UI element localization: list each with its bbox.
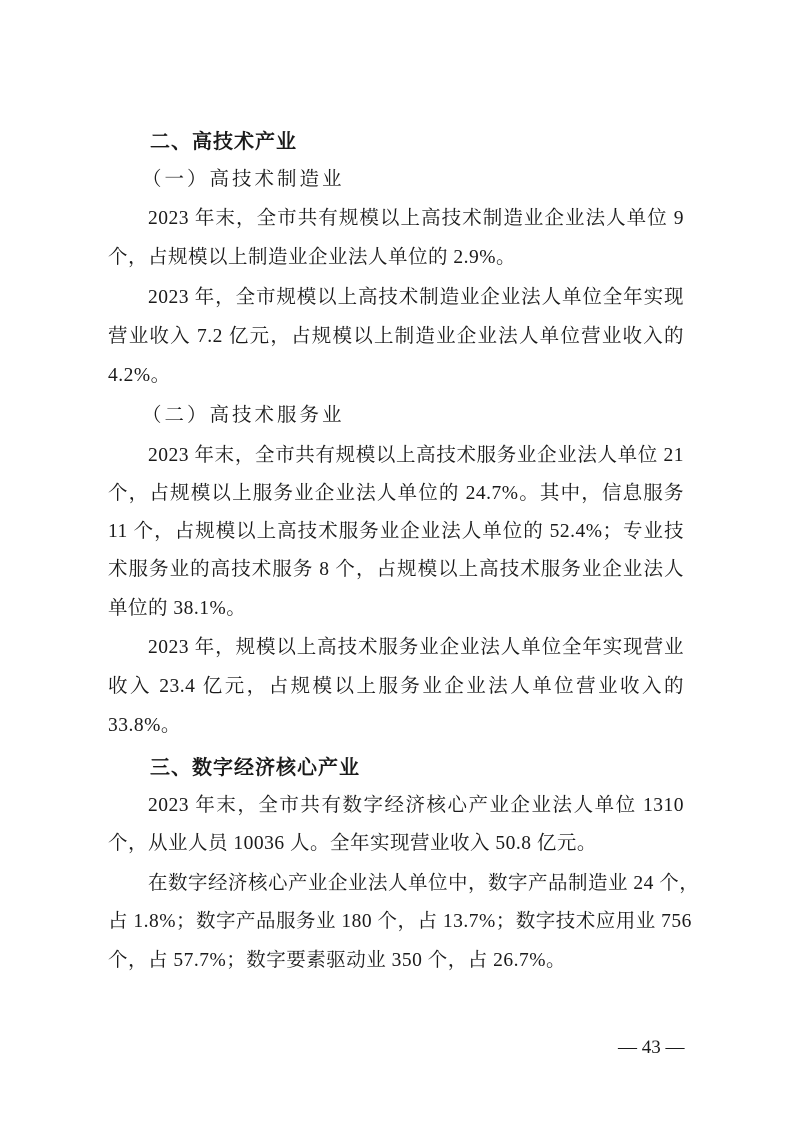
paragraph-line: 2023 年，规模以上高技术服务业企业法人单位全年实现营业 bbox=[148, 633, 684, 663]
section-heading-digital-economy: 三、数字经济核心产业 bbox=[150, 752, 360, 782]
paragraph-line: 4.2%。 bbox=[108, 361, 684, 391]
paragraph-line: 在数字经济核心产业企业法人单位中，数字产品制造业 24 个， bbox=[148, 869, 684, 899]
paragraph-line: 2023 年，全市规模以上高技术制造业企业法人单位全年实现 bbox=[148, 283, 684, 313]
paragraph-line: 个，占 57.7%；数字要素驱动业 350 个，占 26.7%。 bbox=[108, 946, 684, 976]
paragraph-line: 33.8%。 bbox=[108, 711, 684, 741]
paragraph-line: 2023 年末，全市共有规模以上高技术服务业企业法人单位 21 bbox=[148, 441, 684, 471]
paragraph-line: 收入 23.4 亿元，占规模以上服务业企业法人单位营业收入的 bbox=[108, 672, 684, 702]
document-page: 二、高技术产业 （一）高技术制造业 2023 年末，全市共有规模以上高技术制造业… bbox=[0, 0, 793, 1122]
subsection-heading-high-tech-manufacturing: （一）高技术制造业 bbox=[142, 165, 345, 195]
subsection-heading-high-tech-services: （二）高技术服务业 bbox=[142, 401, 345, 431]
paragraph-line: 11 个，占规模以上高技术服务业企业法人单位的 52.4%；专业技 bbox=[108, 517, 684, 547]
paragraph-line: 占 1.8%；数字产品服务业 180 个，占 13.7%；数字技术应用业 756 bbox=[108, 907, 684, 937]
paragraph-line: 单位的 38.1%。 bbox=[108, 594, 684, 624]
paragraph-line: 2023 年末，全市共有规模以上高技术制造业企业法人单位 9 bbox=[148, 204, 684, 234]
paragraph-line: 个，占规模以上服务业企业法人单位的 24.7%。其中，信息服务 bbox=[108, 479, 684, 509]
paragraph-line: 个，占规模以上制造业企业法人单位的 2.9%。 bbox=[108, 243, 684, 273]
section-heading-high-tech: 二、高技术产业 bbox=[150, 126, 297, 156]
paragraph-line: 营业收入 7.2 亿元，占规模以上制造业企业法人单位营业收入的 bbox=[108, 322, 684, 352]
paragraph-line: 术服务业的高技术服务 8 个，占规模以上高技术服务业企业法人 bbox=[108, 555, 684, 585]
page-number: — 43 — bbox=[618, 1036, 685, 1060]
paragraph-line: 个，从业人员 10036 人。全年实现营业收入 50.8 亿元。 bbox=[108, 829, 684, 859]
paragraph-line: 2023 年末，全市共有数字经济核心产业企业法人单位 1310 bbox=[148, 791, 684, 821]
